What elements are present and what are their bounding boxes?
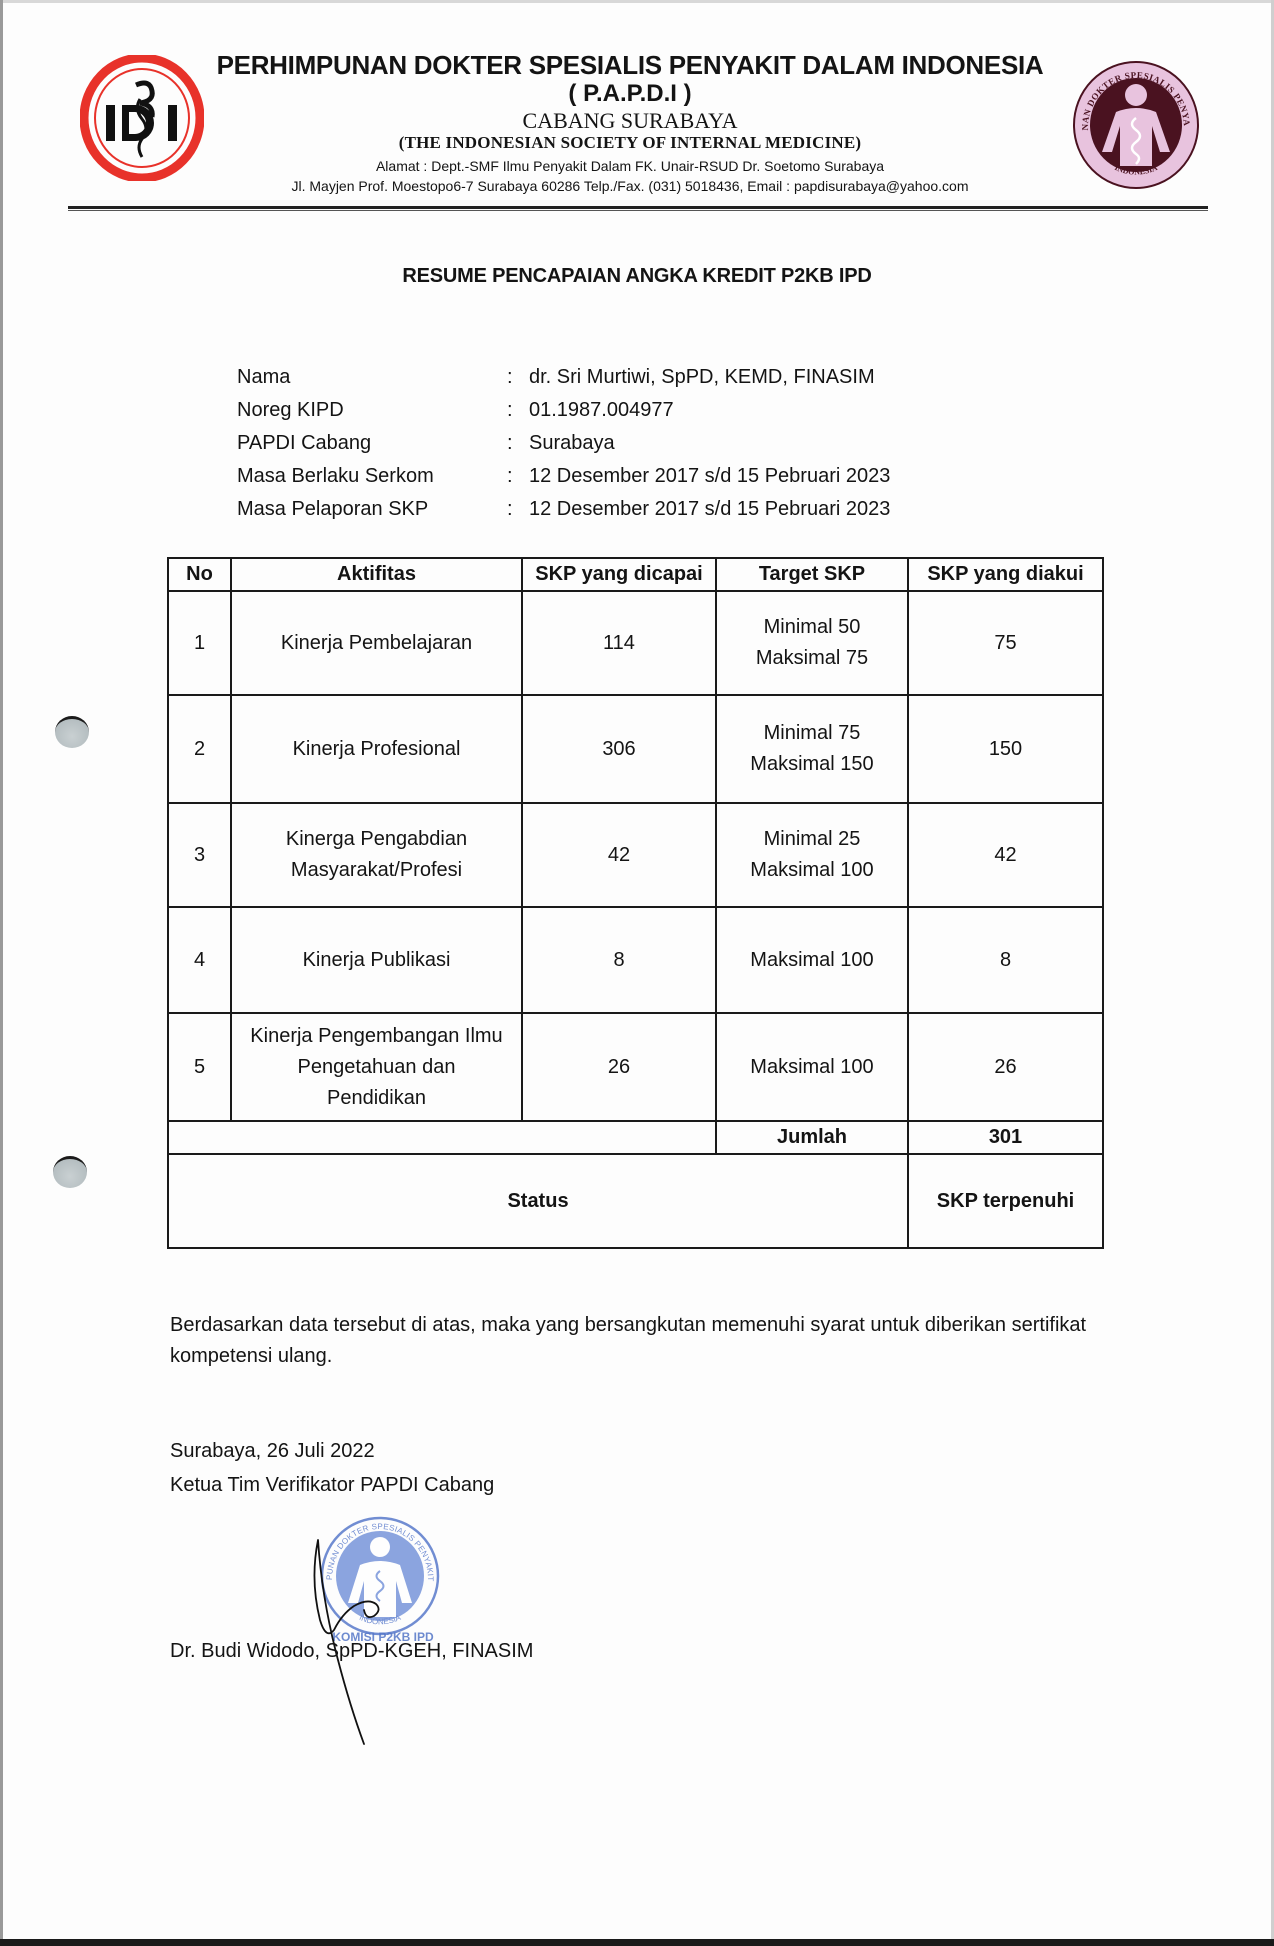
punch-hole [55,716,89,748]
info-colon: : [507,432,513,455]
letterhead-divider-thin [68,210,1208,211]
activity-line: Pendidikan [236,1083,517,1114]
signature-role: Ketua Tim Verifikator PAPDI Cabang [170,1474,494,1497]
total-value: 301 [908,1121,1103,1154]
table-row: 5 Kinerja Pengembangan Ilmu Pengetahuan … [168,1013,1103,1121]
page-edge-top [0,0,1274,3]
status-row: Status SKP terpenuhi [168,1154,1103,1248]
cell-activity: Kinerga Pengabdian Masyarakat/Profesi [231,803,522,907]
info-colon: : [507,399,513,422]
skp-table: No Aktifitas SKP yang dicapai Target SKP… [167,557,1104,1249]
status-label: Status [168,1154,908,1248]
cell-recognized: 150 [908,695,1103,803]
activity-line: Kinerja Pembelajaran [236,628,517,659]
activity-line: Masyarakat/Profesi [236,855,517,886]
info-value: 12 Desember 2017 s/d 15 Pebruari 2023 [529,498,890,521]
info-value: Surabaya [529,432,615,455]
activity-line: Kinerja Pengembangan Ilmu [236,1021,517,1052]
document-title: RESUME PENCAPAIAN ANGKA KREDIT P2KB IPD [0,265,1274,288]
header-no: No [168,558,231,591]
letterhead-divider [68,206,1208,209]
cell-achieved: 26 [522,1013,716,1121]
info-value: 12 Desember 2017 s/d 15 Pebruari 2023 [529,465,890,488]
header-skp-diakui: SKP yang diakui [908,558,1103,591]
organization-name: PERHIMPUNAN DOKTER SPESIALIS PENYAKIT DA… [200,50,1060,81]
cell-target: Maksimal 100 [716,1013,908,1121]
address-line-2: Jl. Mayjen Prof. Moestopo6-7 Surabaya 60… [200,178,1060,194]
cell-activity: Kinerja Profesional [231,695,522,803]
cell-target: Maksimal 100 [716,907,908,1013]
table-row: 4 Kinerja Publikasi 8 Maksimal 100 8 [168,907,1103,1013]
target-line: Maksimal 150 [721,749,903,780]
info-value: dr. Sri Murtiwi, SpPD, KEMD, FINASIM [529,366,875,389]
activity-line: Kinerja Profesional [236,734,517,765]
header-target-skp: Target SKP [716,558,908,591]
handwritten-signature-icon [300,1520,420,1750]
header-skp-dicapai: SKP yang dicapai [522,558,716,591]
info-colon: : [507,465,513,488]
table-row: 3 Kinerga Pengabdian Masyarakat/Profesi … [168,803,1103,907]
activity-line: Kinerga Pengabdian [236,824,517,855]
cell-achieved: 8 [522,907,716,1013]
cell-recognized: 42 [908,803,1103,907]
conclusion-paragraph: Berdasarkan data tersebut di atas, maka … [170,1310,1110,1372]
info-label: Noreg KIPD [237,399,344,422]
total-label: Jumlah [716,1121,908,1154]
signer-name: Dr. Budi Widodo, SpPD-KGEH, FINASIM [170,1640,533,1663]
target-line: Minimal 25 [721,824,903,855]
cell-no: 4 [168,907,231,1013]
target-line: Maksimal 100 [721,855,903,886]
punch-hole [53,1156,87,1188]
cell-target: Minimal 25 Maksimal 100 [716,803,908,907]
cell-activity: Kinerja Publikasi [231,907,522,1013]
organization-abbreviation: ( P.A.P.D.I ) [200,80,1060,108]
activity-line: Pengetahuan dan [236,1052,517,1083]
cell-achieved: 306 [522,695,716,803]
total-empty-cell [168,1121,716,1154]
idi-logo-icon [80,55,204,181]
info-label: Masa Pelaporan SKP [237,498,428,521]
page-edge-bottom [0,1939,1274,1946]
cell-no: 1 [168,591,231,695]
info-value: 01.1987.004977 [529,399,674,422]
cell-activity: Kinerja Pengembangan Ilmu Pengetahuan da… [231,1013,522,1121]
table-row: 1 Kinerja Pembelajaran 114 Minimal 50 Ma… [168,591,1103,695]
cell-recognized: 75 [908,591,1103,695]
cell-activity: Kinerja Pembelajaran [231,591,522,695]
cell-target: Minimal 50 Maksimal 75 [716,591,908,695]
target-line: Maksimal 75 [721,643,903,674]
target-line: Minimal 75 [721,718,903,749]
address-line-1: Alamat : Dept.-SMF Ilmu Penyakit Dalam F… [200,158,1060,174]
cell-target: Minimal 75 Maksimal 150 [716,695,908,803]
table-row: 2 Kinerja Profesional 306 Minimal 75 Mak… [168,695,1103,803]
info-label: Nama [237,366,290,389]
organization-english-name: (THE INDONESIAN SOCIETY OF INTERNAL MEDI… [200,133,1060,153]
info-colon: : [507,366,513,389]
cell-recognized: 8 [908,907,1103,1013]
cell-achieved: 114 [522,591,716,695]
target-line: Maksimal 100 [721,945,903,976]
papdi-seal-icon: PERHIMPUNAN DOKTER SPESIALIS PENYAKIT DA… [1072,60,1200,190]
table-header-row: No Aktifitas SKP yang dicapai Target SKP… [168,558,1103,591]
page-edge-left [0,0,3,1946]
info-label: Masa Berlaku Serkom [237,465,434,488]
info-colon: : [507,498,513,521]
cell-recognized: 26 [908,1013,1103,1121]
target-line: Maksimal 100 [721,1052,903,1083]
cell-no: 2 [168,695,231,803]
activity-line: Kinerja Publikasi [236,945,517,976]
header-aktifitas: Aktifitas [231,558,522,591]
cell-achieved: 42 [522,803,716,907]
status-value: SKP terpenuhi [908,1154,1103,1248]
cell-no: 3 [168,803,231,907]
info-label: PAPDI Cabang [237,432,371,455]
total-row: Jumlah 301 [168,1121,1103,1154]
cell-no: 5 [168,1013,231,1121]
signature-place-date: Surabaya, 26 Juli 2022 [170,1440,375,1463]
organization-branch: CABANG SURABAYA [200,108,1060,134]
target-line: Minimal 50 [721,612,903,643]
